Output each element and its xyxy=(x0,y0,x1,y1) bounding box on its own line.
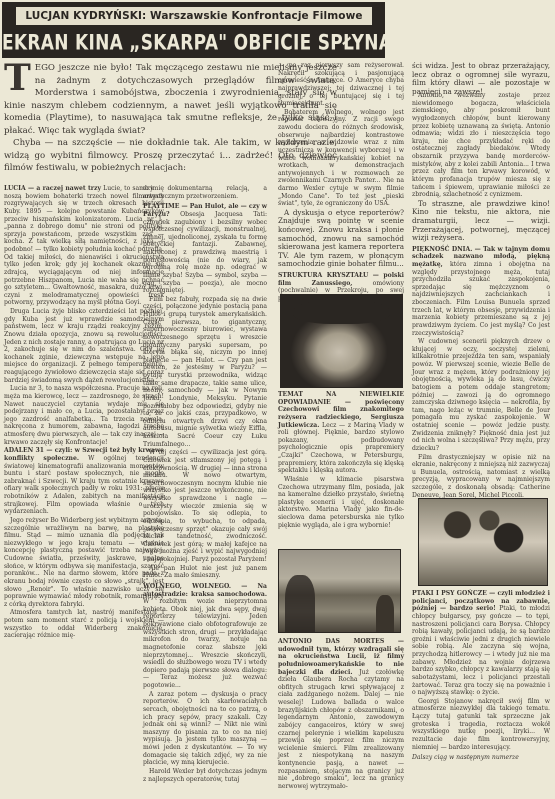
antonio-text: Już czołówkę dzieła Glaubera Rocha czyta… xyxy=(278,669,404,790)
article-header: LUCJAN KYDRYŃSKI: Warszawskie Konfrontac… xyxy=(2,2,385,58)
temat-text-2: Właśnie w klimacie pisarstwa Czechowa ut… xyxy=(278,476,404,529)
adalen-text: W ogólnej tendencji światowej kinematogr… xyxy=(4,455,164,515)
lucia-title: LUCIA — a raczej nawet trzy xyxy=(4,185,101,192)
column-3-top: — po raz pierwszy sam reżyserował. Nakrę… xyxy=(278,62,404,304)
lucia-text-2: Druga Lucia żyje blisko czterdzieści lat… xyxy=(4,308,164,384)
continued-note: Dalszy ciąg w następnym numerze xyxy=(412,754,550,762)
belle-text: która zimna i obojętna na względy przyst… xyxy=(412,261,550,337)
headline: EKRAN KINA „SKARPA" OBFICIE SPŁYNĄŁ KRWI… xyxy=(2,24,385,62)
column-4-bottom: PTAKI I PSY GOŃCZE — czyli młodzież i po… xyxy=(412,590,550,763)
wolnego-text-3: Harold Wexler był dotychczas jednym z na… xyxy=(143,768,267,783)
photo-marina-vlady xyxy=(280,294,403,388)
adalen-continued: dzy dokumentarną relacją, a artystycznym… xyxy=(143,185,267,200)
playtime-text-3: W tej części — cywilizacja jest górą. Cz… xyxy=(143,449,267,563)
column-2: dzy dokumentarną relacją, a artystycznym… xyxy=(143,185,267,784)
antonio-text-3: To straszne, ale prawdziwe kino! Kino ni… xyxy=(412,200,550,243)
column-1: LUCIA — a raczej nawet trzy Lucie, to sa… xyxy=(4,185,164,641)
wolnego-text-5: A dyskusja o etyce reporterów? Znajduje … xyxy=(278,209,404,269)
wolnego-text-2: A zaraz potem — dyskusja o pracy reporte… xyxy=(143,691,267,767)
playtime-text-2: Film bez fabuły, rozpada się na dwie czę… xyxy=(143,296,267,449)
column-4: Antonio, wezwany zostaje przez niewidome… xyxy=(412,92,550,500)
temat-text: Lecz — z Mariną Vlady w roli głównej. Pi… xyxy=(278,422,404,475)
drop-cap: T xyxy=(4,63,31,93)
lucia-text: Lucie, to samo imię noszą bowiem bohater… xyxy=(4,185,164,306)
wolnego-text-4: Bohaterem Wolnego, wolnego jest reporter… xyxy=(278,109,404,208)
antonio-text-2: Antonio, wezwany zostaje przez niewidome… xyxy=(412,92,550,199)
belle-text-2: W cudownej scenerii pięknych drzew o kłu… xyxy=(412,338,550,452)
newspaper-page: LUCJAN KYDRYŃSKI: Warszawskie Konfrontac… xyxy=(0,0,555,799)
belle-text-3: Film drastyczniejszy w opisie niż na ekr… xyxy=(412,454,550,500)
byline: LUCJAN KYDRYŃSKI: Warszawskie Konfrontac… xyxy=(16,7,372,25)
wolnego-continued: — po raz pierwszy sam reżyserował. Nakrę… xyxy=(278,62,404,108)
photo-antonio-das-mortes xyxy=(278,549,401,633)
column-3-bottom: ANTONIO DAS MORTES — udowodnił tym, któr… xyxy=(278,638,404,792)
playtime-text: Obsesja Jacquesa Tati: człowiek zagubion… xyxy=(143,211,267,294)
lucia-text-3: Lucia nr 3, to nasza współczesna. Pracuj… xyxy=(4,385,164,446)
column-3-mid: TEMAT NA NIEWIELKIE OPOWIADANIE — poświę… xyxy=(278,391,404,530)
wolnego-title: WOLNEGO, WOLNEGO. — Na autostradzie: kra… xyxy=(143,583,267,598)
ptaki-text: Ptaki, to młodzi chłopcy bułgarscy, psy … xyxy=(412,605,550,696)
photo-ptaki-i-psy xyxy=(418,498,548,586)
playtime-text-4: Ale pan Hulot nie jest już panem Hulot. … xyxy=(143,565,267,580)
wolnego-text: W rozbitym wozie nieprzytomna kobieta. O… xyxy=(143,598,267,689)
adalen-text-2: Jego reżyser Bo Widerberg jest wybitnym … xyxy=(4,517,164,609)
adalen-text-3: Atmosfera tamtych lat, nastrój manifesta… xyxy=(4,609,164,640)
ptaki-text-2: Georgi Stojanow nakręcił swój film w atm… xyxy=(412,698,550,751)
